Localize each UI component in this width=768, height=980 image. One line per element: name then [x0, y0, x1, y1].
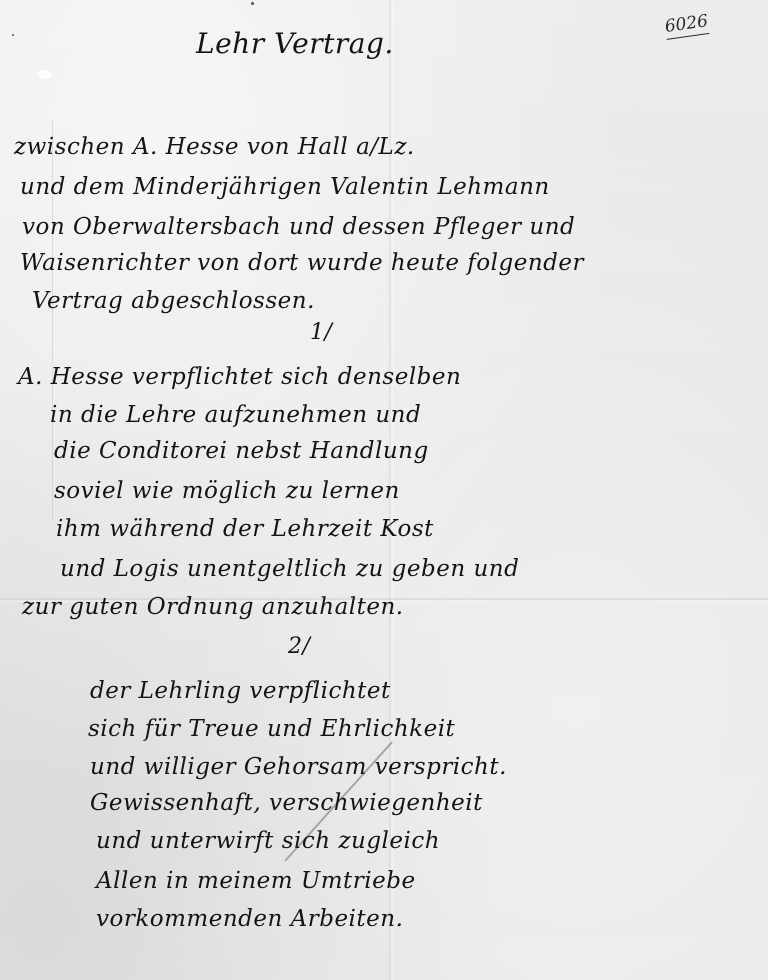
- section-line: und williger Gehorsam verspricht.: [90, 756, 507, 779]
- section-line: soviel wie möglich zu lernen: [54, 480, 400, 503]
- section-line: Allen in meinem Umtriebe: [96, 870, 416, 893]
- section-number: 1/: [310, 322, 332, 344]
- section-line: in die Lehre aufzunehmen und: [50, 404, 421, 427]
- ink-speck: [251, 2, 254, 5]
- section-line: die Conditorei nebst Handlung: [54, 440, 429, 463]
- preamble-line: zwischen A. Hesse von Hall a/Lz.: [14, 136, 415, 159]
- paper-stain: [38, 70, 52, 79]
- section-line: A. Hesse verpflichtet sich denselben: [18, 366, 461, 389]
- document-title: Lehr Vertrag.: [196, 30, 394, 58]
- reference-number: 6026: [664, 11, 710, 40]
- section-line: ihm während der Lehrzeit Kost: [56, 518, 434, 541]
- section-line: zur guten Ordnung anzuhalten.: [22, 596, 404, 619]
- preamble-line: von Oberwaltersbach und dessen Pfleger u…: [22, 216, 575, 239]
- section-line: der Lehrling verpflichtet: [90, 680, 391, 703]
- preamble-line: und dem Minderjährigen Valentin Lehmann: [20, 176, 550, 199]
- scanned-document-page: 6026 Lehr Vertrag. zwischen A. Hesse von…: [0, 0, 768, 980]
- preamble-line: Waisenrichter von dort wurde heute folge…: [20, 252, 584, 275]
- section-line: und Logis unentgeltlich zu geben und: [60, 558, 519, 581]
- section-line: sich für Treue und Ehrlichkeit: [88, 718, 455, 741]
- section-line: vorkommenden Arbeiten.: [96, 908, 403, 931]
- section-number: 2/: [288, 636, 310, 658]
- section-line: Gewissenhaft, verschwiegenheit: [90, 792, 483, 815]
- preamble-line: Vertrag abgeschlossen.: [32, 290, 315, 313]
- section-line: und unterwirft sich zugleich: [96, 830, 440, 853]
- ink-speck: [12, 34, 14, 36]
